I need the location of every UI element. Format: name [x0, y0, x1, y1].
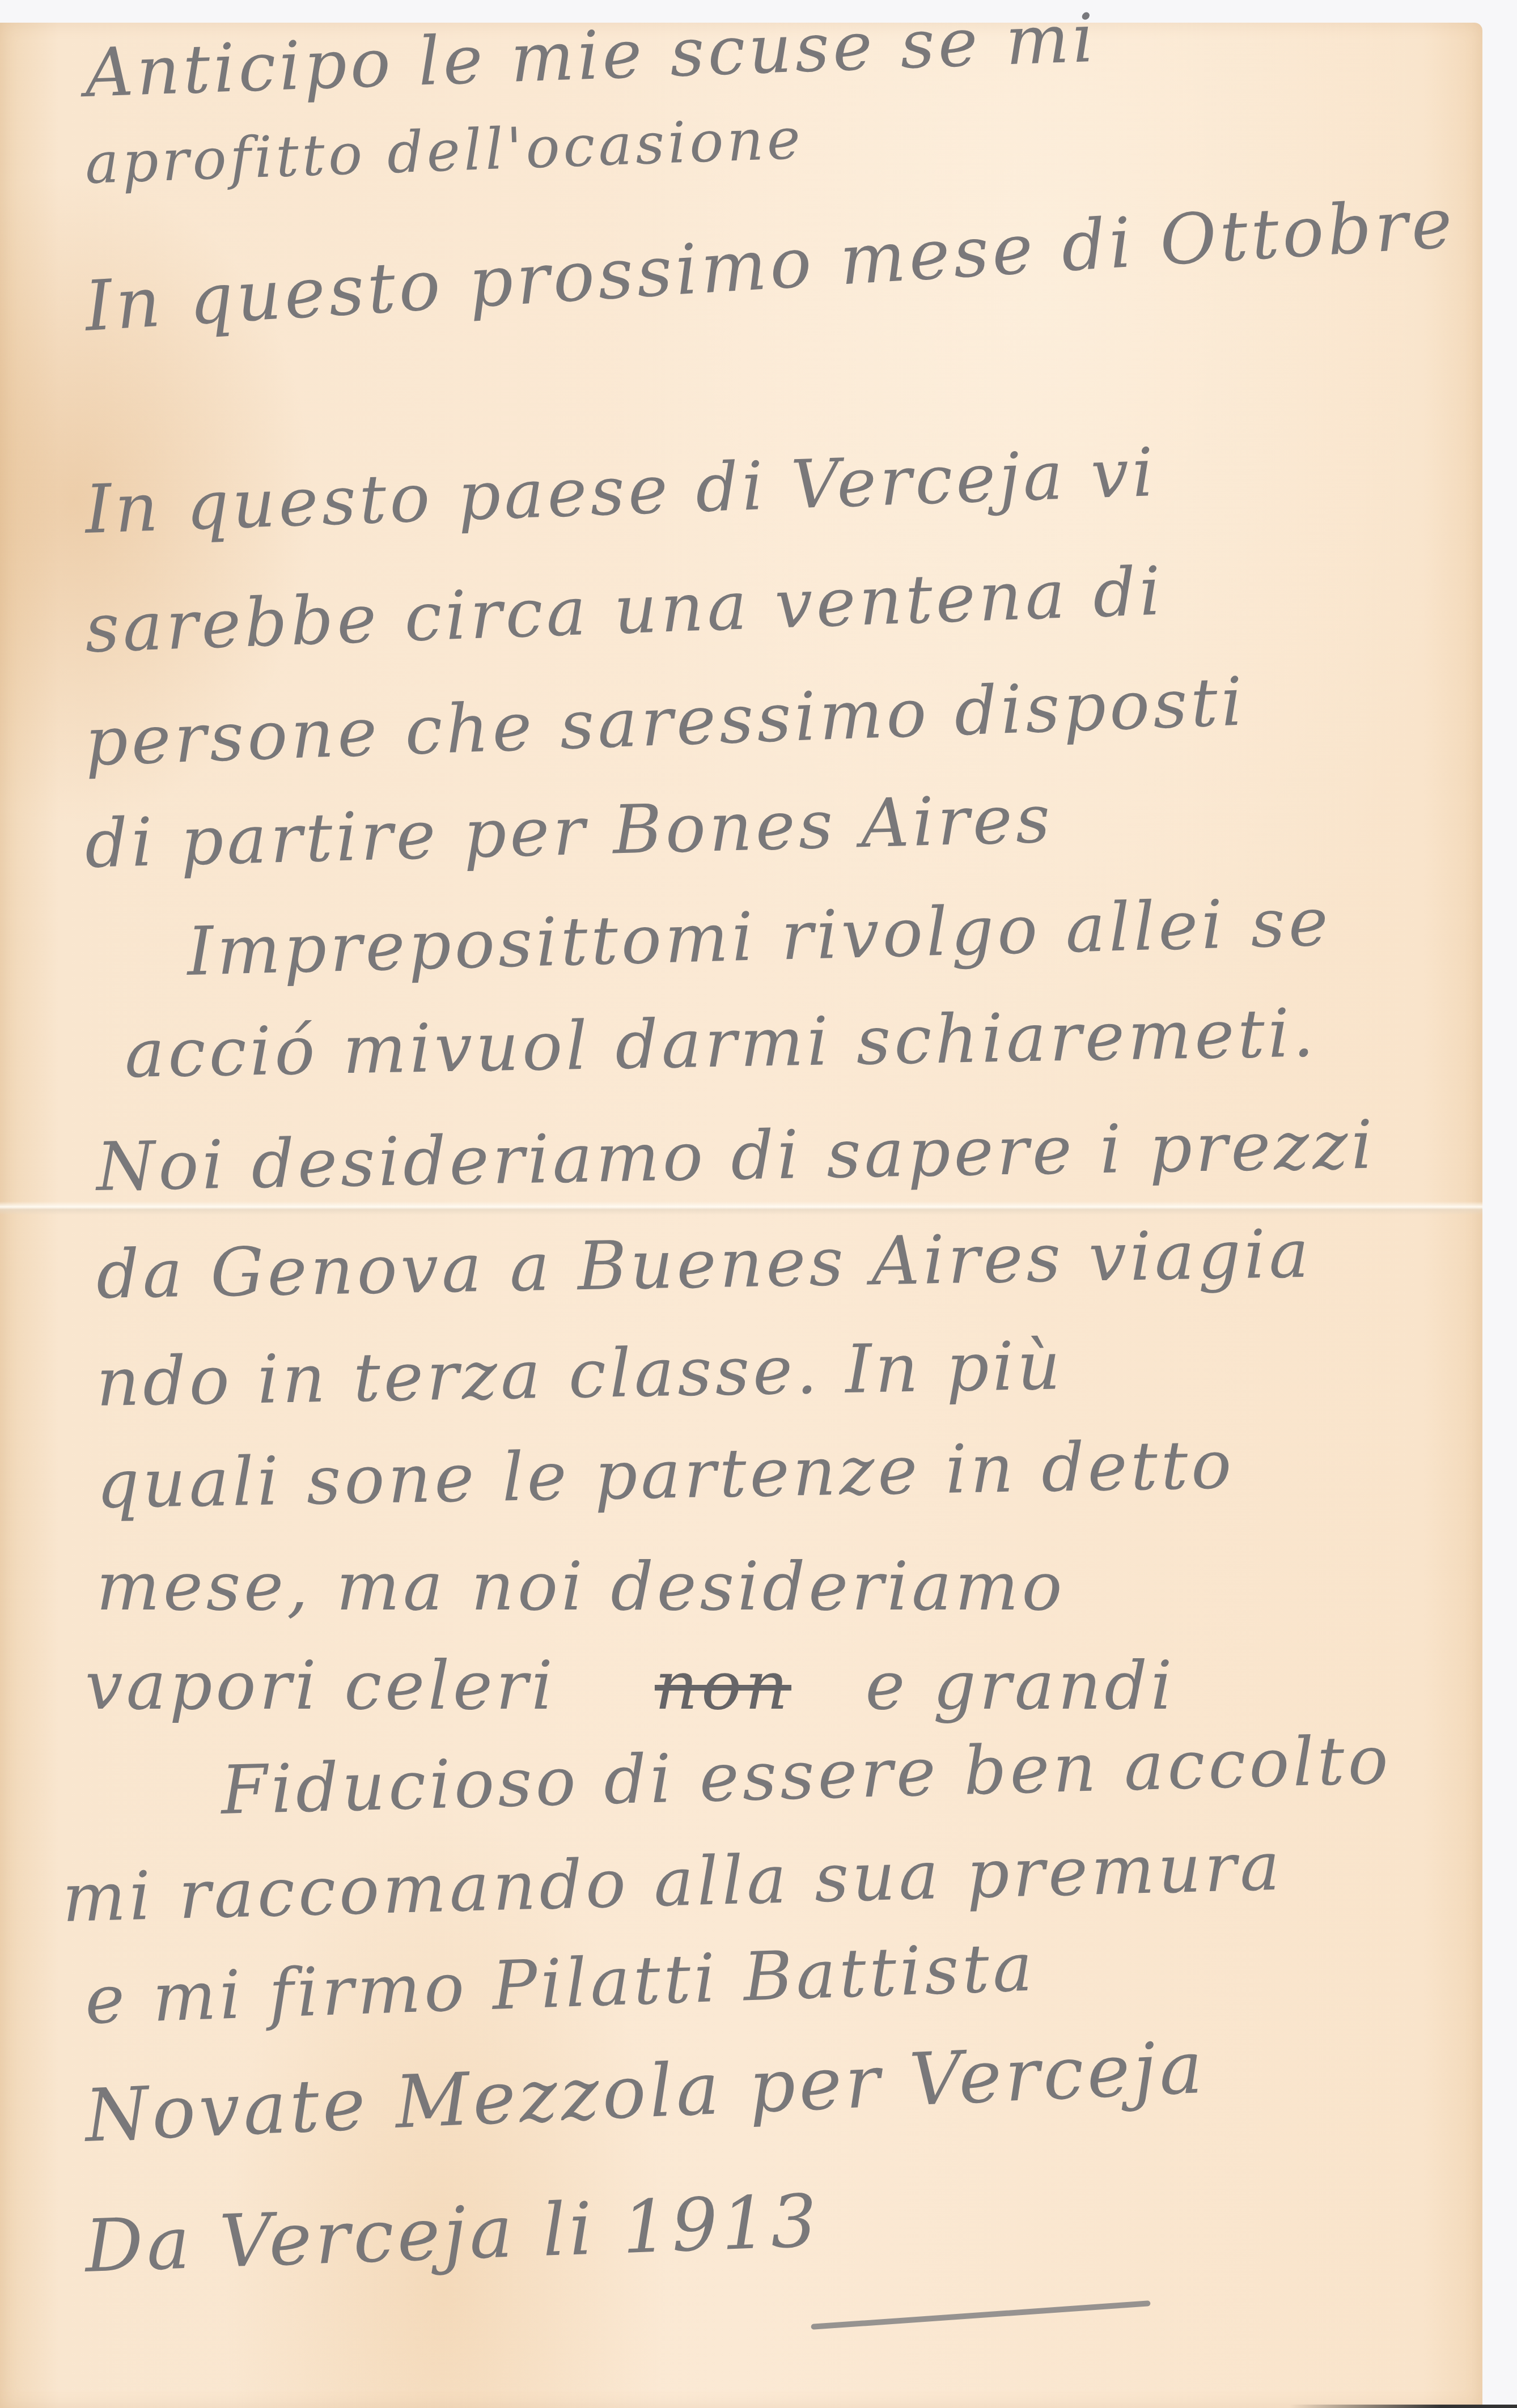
- letter-line: sarebbe circa una ventena di: [84, 552, 1166, 668]
- address-line: Novate Mezzola per Verceja: [83, 2025, 1207, 2159]
- letter-line: mi raccomando alla sua premura: [61, 1827, 1284, 1937]
- letter-line: Impreposittomi rivolgo allei se: [186, 882, 1332, 991]
- line-text-after: e grandi: [866, 1646, 1176, 1725]
- letter-line: quali sone le partenze in detto: [96, 1425, 1236, 1523]
- letter-line: acció mivuol darmi schiaremeti.: [124, 993, 1318, 1093]
- letter-line: ndo in terza classe. In più: [96, 1326, 1065, 1421]
- letter-line: In questo paese di Verceja vi: [84, 433, 1158, 549]
- letter-line: mese, ma noi desideriamo: [96, 1547, 1066, 1625]
- letter-line: di partire per Bones Aires: [84, 779, 1054, 883]
- letter-body: Anticipo le mie scuse se mi aprofitto de…: [0, 0, 1482, 2408]
- letter-line: da Genova a Buenes Aires viagia: [96, 1214, 1313, 1314]
- letter-line: persone che saressimo disposti: [84, 662, 1247, 781]
- letter-line: Noi desideriamo di sapere i prezzi: [96, 1106, 1376, 1206]
- letter-line: Anticipo le mie scuse se mi: [84, 0, 1099, 112]
- letter-line: In questo prossimo mese di Ottobre: [83, 182, 1458, 347]
- struck-word: non: [655, 1646, 791, 1725]
- scan-edge-shadow: [0, 2405, 1517, 2408]
- letter-line: Fiducioso di essere ben accolto: [220, 1721, 1392, 1829]
- letter-line-with-strikethrough: vapori celeri non e grandi: [85, 1646, 1175, 1725]
- letter-line: aprofitto dell'ocasione: [84, 105, 805, 197]
- signature-line: e mi firmo Pilatti Battista: [84, 1927, 1037, 2038]
- date-line: Da Verceja li 1913: [83, 2179, 821, 2289]
- line-text: vapori celeri: [85, 1646, 556, 1725]
